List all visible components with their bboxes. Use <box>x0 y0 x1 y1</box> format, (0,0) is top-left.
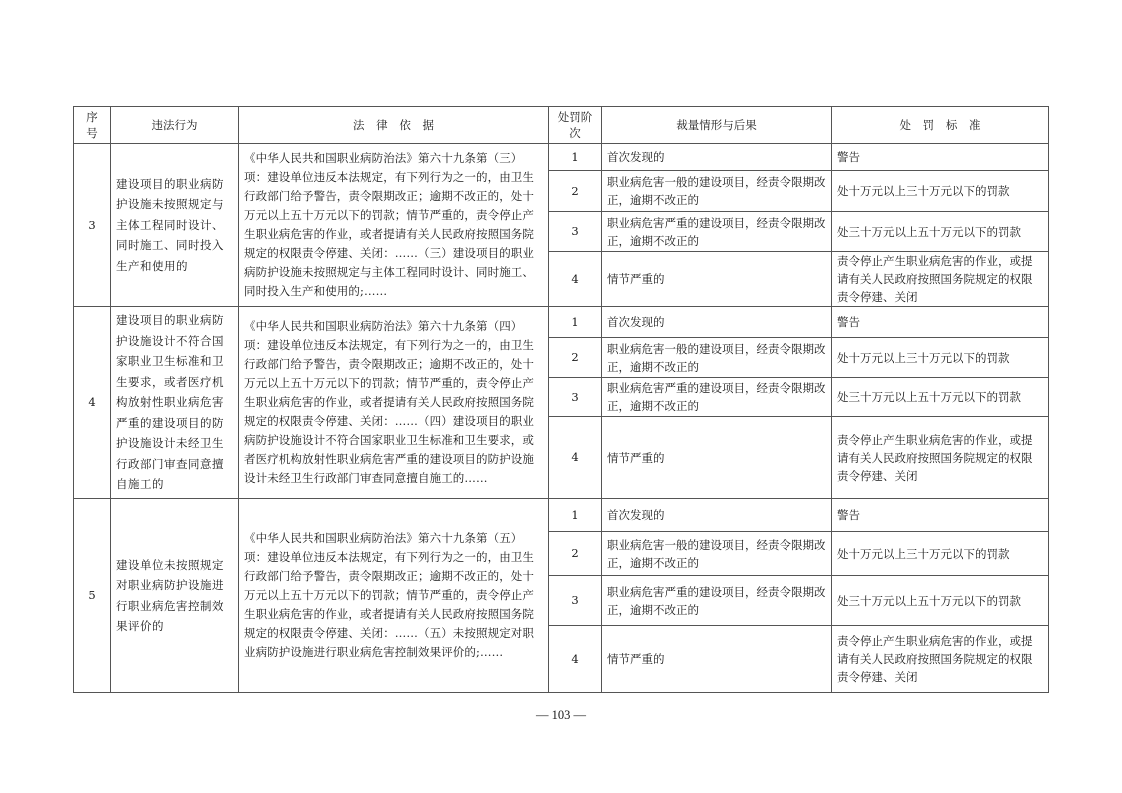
penalty-standard-cell: 处十万元以上三十万元以下的罚款 <box>832 171 1049 212</box>
penalty-standard-cell: 警告 <box>832 499 1049 532</box>
situation-cell: 职业病危害一般的建设项目，经责令限期改正，逾期不改正的 <box>602 338 832 378</box>
penalty-level-cell: 2 <box>549 338 602 378</box>
table-row: 5 建设单位未按照规定对职业病防护设施进行职业病危害控制效果评价的 《中华人民共… <box>74 499 1049 532</box>
situation-cell: 首次发现的 <box>602 144 832 171</box>
penalty-standard-cell: 处三十万元以上五十万元以下的罚款 <box>832 576 1049 626</box>
penalty-standard-cell: 处十万元以上三十万元以下的罚款 <box>832 532 1049 576</box>
penalty-level-cell: 3 <box>549 378 602 417</box>
penalty-standard-cell: 处十万元以上三十万元以下的罚款 <box>832 338 1049 378</box>
penalty-standard-cell: 处三十万元以上五十万元以下的罚款 <box>832 378 1049 417</box>
situation-cell: 职业病危害一般的建设项目，经责令限期改正，逾期不改正的 <box>602 532 832 576</box>
situation-cell: 情节严重的 <box>602 252 832 307</box>
penalty-level-cell: 4 <box>549 252 602 307</box>
legal-basis-cell: 《中华人民共和国职业病防治法》第六十九条第（五）项：建设单位违反本法规定，有下列… <box>239 499 549 693</box>
situation-cell: 职业病危害严重的建设项目，经责令限期改正，逾期不改正的 <box>602 212 832 252</box>
situation-cell: 首次发现的 <box>602 499 832 532</box>
situation-cell: 职业病危害严重的建设项目，经责令限期改正，逾期不改正的 <box>602 576 832 626</box>
header-legal-basis: 法 律 依 据 <box>239 107 549 144</box>
penalty-standards-table: 序号 违法行为 法 律 依 据 处罚阶次 裁量情形与后果 处 罚 标 准 3 建… <box>73 106 1049 693</box>
situation-cell: 情节严重的 <box>602 417 832 499</box>
table-row: 3 建设项目的职业病防护设施未按照规定与主体工程同时设计、同时施工、同时投入生产… <box>74 144 1049 171</box>
table-header-row: 序号 违法行为 法 律 依 据 处罚阶次 裁量情形与后果 处 罚 标 准 <box>74 107 1049 144</box>
header-penalty-standard: 处 罚 标 准 <box>832 107 1049 144</box>
penalty-level-cell: 2 <box>549 532 602 576</box>
seq-cell: 3 <box>74 144 111 307</box>
seq-cell: 5 <box>74 499 111 693</box>
penalty-standard-cell: 处三十万元以上五十万元以下的罚款 <box>832 212 1049 252</box>
header-violation: 违法行为 <box>111 107 239 144</box>
penalty-standard-cell: 警告 <box>832 144 1049 171</box>
situation-cell: 情节严重的 <box>602 626 832 693</box>
penalty-standard-cell: 警告 <box>832 307 1049 338</box>
penalty-standard-cell: 责令停止产生职业病危害的作业，或提请有关人民政府按照国务院规定的权限责令停建、关… <box>832 626 1049 693</box>
penalty-standard-cell: 责令停止产生职业病危害的作业，或提请有关人民政府按照国务院规定的权限责令停建、关… <box>832 252 1049 307</box>
penalty-level-cell: 3 <box>549 576 602 626</box>
penalty-level-cell: 1 <box>549 307 602 338</box>
penalty-standard-cell: 责令停止产生职业病危害的作业，或提请有关人民政府按照国务院规定的权限责令停建、关… <box>832 417 1049 499</box>
penalty-level-cell: 1 <box>549 499 602 532</box>
penalty-level-cell: 4 <box>549 417 602 499</box>
header-penalty-level: 处罚阶次 <box>549 107 602 144</box>
header-seq: 序号 <box>74 107 111 144</box>
legal-basis-cell: 《中华人民共和国职业病防治法》第六十九条第（三）项：建设单位违反本法规定，有下列… <box>239 144 549 307</box>
legal-basis-cell: 《中华人民共和国职业病防治法》第六十九条第（四）项：建设单位违反本法规定，有下列… <box>239 307 549 499</box>
seq-cell: 4 <box>74 307 111 499</box>
situation-cell: 首次发现的 <box>602 307 832 338</box>
situation-cell: 职业病危害一般的建设项目，经责令限期改正，逾期不改正的 <box>602 171 832 212</box>
violation-cell: 建设项目的职业病防护设施设计不符合国家职业卫生标准和卫生要求，或者医疗机构放射性… <box>111 307 239 499</box>
violation-cell: 建设项目的职业病防护设施未按照规定与主体工程同时设计、同时施工、同时投入生产和使… <box>111 144 239 307</box>
penalty-level-cell: 2 <box>549 171 602 212</box>
situation-cell: 职业病危害严重的建设项目，经责令限期改正，逾期不改正的 <box>602 378 832 417</box>
penalty-level-cell: 1 <box>549 144 602 171</box>
violation-cell: 建设单位未按照规定对职业病防护设施进行职业病危害控制效果评价的 <box>111 499 239 693</box>
table-row: 4 建设项目的职业病防护设施设计不符合国家职业卫生标准和卫生要求，或者医疗机构放… <box>74 307 1049 338</box>
penalty-level-cell: 4 <box>549 626 602 693</box>
header-situation: 裁量情形与后果 <box>602 107 832 144</box>
penalty-level-cell: 3 <box>549 212 602 252</box>
page-number: — 103 — <box>0 708 1122 723</box>
